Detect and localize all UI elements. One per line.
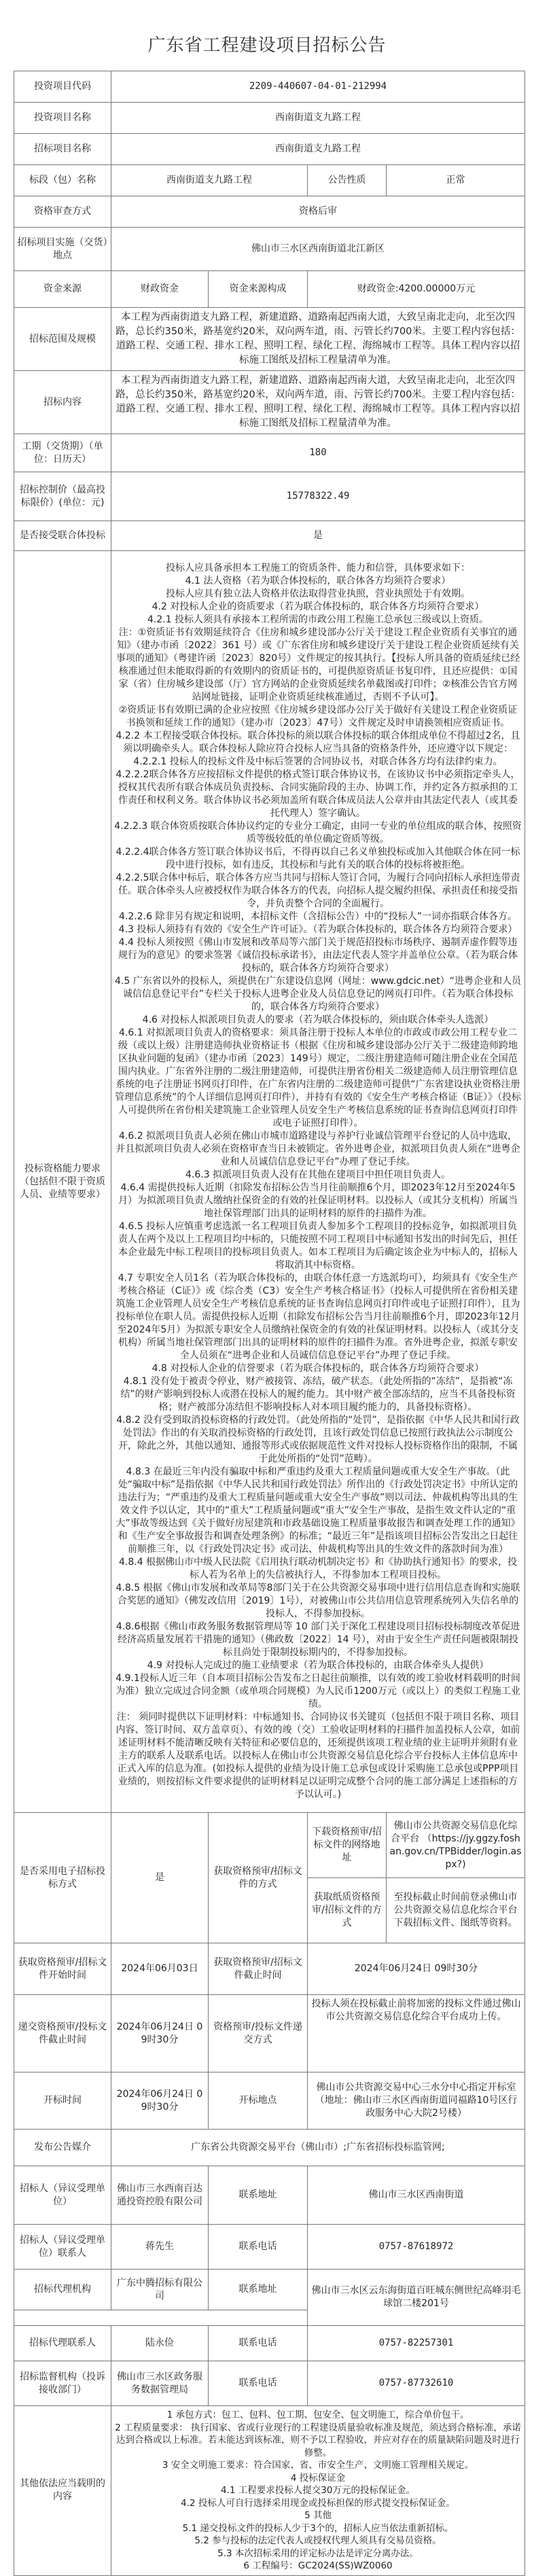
qualification-paragraph: 4.4 投标人须按照《佛山市发展和改革局等六部门关于规范招投标市场秩序、遏制弄虚… [114, 936, 522, 975]
label-control-price: 招标控制价（最高投标限价）(单位：元) [14, 472, 111, 521]
row-agency: 招标代理机构 广东中腾招标有限公司 联系地址 佛山市三水区云东海街道百旺城东侧世… [14, 2270, 525, 2310]
value-other: 1 承包方式：包工、包料、包工期、包安全、包文明施工，综合单价包干。2 工程质量… [111, 2406, 525, 2576]
label-agency: 招标代理机构 [14, 2270, 111, 2310]
label-review-method: 资格审查方式 [14, 196, 111, 228]
qualification-paragraph: 4.8 对投标人企业的信誉要求（若为联合体投标的，联合体各方均须符合要求） [114, 1362, 522, 1375]
row-content: 招标内容 本工程为西南街道支九路工程，新建道路、道路南起西南大道，大致呈南北走向… [14, 371, 525, 434]
qualification-paragraph: 4.8.3 在最近三年内没有骗取中标和严重违约及重大工程质量问题或重大安全生产事… [114, 1466, 522, 1556]
qualification-paragraph: ②资质证书有效期已满的企业应按照《住房城乡建设部办公厅关于做好有关建设工程企业资… [114, 704, 522, 730]
label-other: 其他依法应当载明的内容 [14, 2406, 111, 2576]
value-opening-time: 2024年06月24日 09时30分 [111, 2072, 209, 2130]
value-submit-deadline: 2024年06月24日 09时30分 [111, 1995, 209, 2072]
value-qualification: 投标人应具备承担本工程施工的资质条件、能力和信誉，具体要求如下：4.1 法人资格… [111, 551, 525, 1813]
qualification-paragraph: 4.6.3 拟派项目负责人没有在其他在建项目中担任项目负责人。 [114, 1169, 522, 1182]
label-opening-place: 开标地点 [209, 2072, 308, 2130]
value-electronic: 是 [111, 1813, 209, 1943]
qualification-paragraph: 4.2.2 本工程接受联合体投标。联合体投标的须以联合体投标的联合体组成单位不得… [114, 730, 522, 756]
other-paragraph: 1 承包方式：包工、包料、包工期、包安全、包文明施工，综合单价包干。 [114, 2409, 522, 2422]
other-paragraph: 5.2 参与投标的法定代表人或授权代理人须具有交易员资格。 [114, 2535, 522, 2547]
label-tenderer-phone: 联系电话 [209, 2225, 308, 2270]
label-qualification: 投标资格能力要求（包括但不限于资质人员、业绩等要求） [14, 551, 111, 1813]
value-tenderer-phone: 0757-87618972 [308, 2225, 525, 2270]
value-submit-method: 投标人须在投标截止前将加密的投标文件通过佛山市公共资源交易信息化综合平台成功上传… [308, 1995, 525, 2072]
row-project-code: 投资项目代码 2209-440607-04-01-212994 [14, 71, 525, 103]
qualification-paragraph: 4.2.2.3 联合体资质按联合体协议约定的专业分工确定，由同一专业的单位组成的… [114, 820, 522, 846]
label-download-address: 下载资格预审/招标文件的网络地址 [308, 1813, 387, 1878]
qualification-paragraph: 4.2.1 投标人须具有承接本工程所需的市政公用工程施工总承包三级或以上资质。 [114, 614, 522, 627]
label-supervisor: 招标监督机构（投诉接收部门） [14, 2361, 111, 2406]
value-notice-nature: 正常 [387, 165, 525, 196]
value-supervisor-phone: 0757-87732610 [308, 2361, 525, 2406]
row-electronic: 是否采用电子招标投标方式 是 获取资格预审/招标文件的方式 下载资格预审/招标文… [14, 1813, 525, 1878]
value-agency: 广东中腾招标有限公司 [111, 2270, 209, 2310]
label-obtain-end: 获取资格预审/招标文件截止时间 [209, 1943, 308, 1995]
row-tenderer-contact: 招标人（异议受理单位）联系人 蒋先生 联系电话 0757-87618972 [14, 2225, 525, 2270]
value-location: 佛山市三水区西南街道北江新区 [111, 228, 525, 271]
qualification-paragraph: 4.6 对投标人拟派项目负责人的要求（若为联合体投标的，须由联合体牵头人选派） [114, 1014, 522, 1027]
label-media: 发布公告媒介 [14, 2130, 111, 2166]
row-media: 发布公告媒介 广东省公共资源交易平台（佛山市）;广东省招标投标监管网; [14, 2130, 525, 2166]
row-location: 招标项目实施（交货）地点 佛山市三水区西南街道北江新区 [14, 228, 525, 271]
qualification-paragraph: 4.2.2.4联合体各方签订联合体协议书后，不得再以自己名义单独投标或加入其他联… [114, 846, 522, 872]
row-obtain-time: 获取资格预审/招标文件开始时间 2024年06月03日 获取资格预审/招标文件截… [14, 1943, 525, 1995]
row-funding: 资金来源 财政资金 资金来源构成 财政资金:4200.00000万元 [14, 271, 525, 308]
label-duration: 工期（交货期）（单位：日历天） [14, 434, 111, 472]
label-paper-method: 获取纸质资格预审/招标文件的方式 [308, 1878, 387, 1943]
qualification-paragraph: 4.2.2.6 除非另有规定和说明，本招标文件（含招标公告）中的“投标人”一词亦… [114, 911, 522, 923]
label-tenderer-address: 联系地址 [209, 2166, 308, 2225]
qualification-paragraph: 4.2 对投标人企业的资质要求（若为联合体投标的，联合体各方均须符合要求） [114, 601, 522, 614]
page-title: 广东省工程建设项目招标公告 [0, 0, 534, 71]
qualification-paragraph: 4.3 投标人须持有有效的《安全生产许可证》。（若为联合体投标的，联合体各方均须… [114, 923, 522, 936]
value-media: 广东省公共资源交易平台（佛山市）;广东省招标投标监管网; [111, 2130, 525, 2166]
other-paragraph: 5 其他 [114, 2509, 522, 2522]
other-paragraph: 2 工程质量要求： 执行国家、省或行业现行的工程建设质量验收标准及规范，须达到合… [114, 2422, 522, 2460]
value-funding: 财政资金 [111, 271, 209, 308]
value-scope: 本工程为西南街道支九路工程，新建道路、道路南起西南大道，大致呈南北走向，北至次四… [111, 308, 525, 371]
label-notice-nature: 公告性质 [308, 165, 387, 196]
value-agency-phone: 0757-82257301 [308, 2326, 525, 2361]
value-tenderer: 佛山市三水西南百达通投资控股有限公司 [111, 2166, 209, 2225]
qualification-paragraphs: 投标人应具备承担本工程施工的资质条件、能力和信誉，具体要求如下：4.1 法人资格… [114, 562, 522, 1801]
qualification-paragraph: 4.9 对投标人完成过的施工业绩要求（若为联合体投标的，由联合体牵头人提供） [114, 1659, 522, 1672]
label-submit-method: 资格预审/投标文件递交方式 [209, 1995, 308, 2072]
value-consortium: 是 [111, 521, 525, 551]
row-project-name: 投资项目名称 西南街道支九路工程 [14, 103, 525, 134]
row-consortium: 是否接受联合体投标 是 [14, 521, 525, 551]
other-paragraph: 4 投标保证金 [114, 2472, 522, 2485]
qualification-paragraph: 4.7 专职安全人员1名（若为联合体投标的，由联合体任意一方选派均可），均须具有… [114, 1272, 522, 1362]
value-paper-method: 至投标截止时间前登录佛山市公共资源交易信息化综合平台下载招标文件、图纸等资料。 [387, 1878, 525, 1943]
qualification-paragraph: 4.8.2 没有受到取消投标资格的行政处罚。（此处所指的“处罚”，是指依据《中华… [114, 1414, 522, 1466]
qualification-paragraph: 4.2.2.2联合体各方应按招标文件提供的格式签订联合体协议书，在该协议书中必须… [114, 769, 522, 820]
value-obtain-end: 2024年06月24日 09时30分 [308, 1943, 525, 1995]
value-tenderer-contact: 蒋先生 [111, 2225, 209, 2270]
value-review-method: 资格后审 [111, 196, 525, 228]
qualification-paragraph: 4.6.1 对拟派项目负责人的资格要求：须具备注册于投标人本单位的市政或市政公用… [114, 1027, 522, 1130]
label-section-name: 标段（包）名称 [14, 165, 111, 196]
label-tenderer: 招标人（异议受理单位） [14, 2166, 111, 2225]
row-opening: 开标时间 2024年06月24日 09时30分 开标地点 佛山市公共资源交易中心… [14, 2072, 525, 2130]
qualification-paragraph: 4.2.2.1 投标人的投标文件及中标后签署的合同协议书，对联合体各方均有法律约… [114, 756, 522, 769]
other-paragraphs: 1 承包方式：包工、包料、包工期、包安全、包文明施工，综合单价包干。2 工程质量… [114, 2409, 522, 2573]
label-location: 招标项目实施（交货）地点 [14, 228, 111, 271]
label-project-name: 投资项目名称 [14, 103, 111, 134]
label-agency-contact: 招标代理联系人 [14, 2326, 111, 2361]
value-agency-address: 佛山市三水区云东海街道百旺城东侧世纪高峰羽毛球馆二楼201号 [308, 2270, 525, 2326]
row-scope: 招标范围及规模 本工程为西南街道支九路工程，新建道路、道路南起西南大道，大致呈南… [14, 308, 525, 371]
label-agency-phone: 联系电话 [209, 2326, 308, 2361]
qualification-paragraph: 4.6.4 需提供投标人近期（扣除发布招标公告当月往前顺推6个月，即2023年1… [114, 1182, 522, 1220]
qualification-paragraph: 4.6.2 拟派项目负责人必须在佛山市城市道路建设与养护行业诚信管理平台登记的人… [114, 1130, 522, 1169]
notice-table: 投资项目代码 2209-440607-04-01-212994 投资项目名称 西… [14, 71, 525, 2576]
qualification-paragraph: 4.9.1投标人近三年（自本项目招标公告发布之日起往前顺推，以有效的竣工验收材料… [114, 1672, 522, 1711]
qualification-paragraph: 4.8.5 根据《佛山市发展和改革局等8部门关于在公共资源交易事项中进行信用信息… [114, 1582, 522, 1621]
label-agency-address: 联系地址 [209, 2270, 308, 2310]
row-review-method: 资格审查方式 资格后审 [14, 196, 525, 228]
label-tender-project-name: 招标项目名称 [14, 134, 111, 165]
label-obtain-start: 获取资格预审/招标文件开始时间 [14, 1943, 111, 1995]
value-tender-project-name: 西南街道支九路工程 [111, 134, 525, 165]
qualification-paragraph: 4.5 广东省以外的投标人，须提供在广东建设信息网（网址：www.gdcic.n… [114, 975, 522, 1014]
value-tenderer-address: 佛山市三水区西南街道 [308, 2166, 525, 2225]
value-content: 本工程为西南街道支九路工程，新建道路、道路南起西南大道，大致呈南北走向，北至次四… [111, 371, 525, 434]
value-section-name: 西南街道支九路工程 [111, 165, 308, 196]
value-control-price: 15778322.49 [111, 472, 525, 521]
label-project-code: 投资项目代码 [14, 71, 111, 103]
qualification-paragraph: 4.2.2.5联合体中标后，联合体各方应当共同与招标人签订合同，为履行合同向招标… [114, 872, 522, 911]
label-electronic: 是否采用电子招标投标方式 [14, 1813, 111, 1943]
qualification-paragraph: 4.1 法人资格（若为联合体投标的，联合体各方均须符合要求） [114, 575, 522, 588]
label-tenderer-contact: 招标人（异议受理单位）联系人 [14, 2225, 111, 2270]
qualification-paragraph: 投标人应具备承担本工程施工的资质条件、能力和信誉，具体要求如下： [114, 562, 522, 575]
qualification-paragraph: 4.6.5 投标人应慎重考虑选派一名工程项目负责人参加多个工程项目的投标竞争，如… [114, 1220, 522, 1272]
label-funding-composition: 资金来源构成 [209, 271, 308, 308]
other-paragraph: 4.2 投标人可自行选择采用现金或投标担保的形式提交投标保证金。 [114, 2497, 522, 2510]
label-consortium: 是否接受联合体投标 [14, 521, 111, 551]
other-paragraph: 4.1 工程要求投标人提交30万元的投标保证金。 [114, 2484, 522, 2497]
label-content: 招标内容 [14, 371, 111, 434]
qualification-paragraph: 投标人应具有独立法人资格并依法取得营业执照，营业执照处于有效期。 [114, 588, 522, 601]
qualification-paragraph: 注： 须同时提供以下证明材料：中标通知书、合同协议书关键页（包括但不限于项目名称… [114, 1711, 522, 1801]
other-paragraph: 5.1 递交投标文件的投标人少于3个的，招标人应当依法重新招标。 [114, 2522, 522, 2535]
value-opening-place: 佛山市公共资源交易中心三水分中心指定开标室（地址：佛山市三水区西南街道同福路10… [308, 2072, 525, 2130]
row-control-price: 招标控制价（最高投标限价）(单位：元) 15778322.49 [14, 472, 525, 521]
label-funding: 资金来源 [14, 271, 111, 308]
row-tender-project-name: 招标项目名称 西南街道支九路工程 [14, 134, 525, 165]
other-paragraph: 6 工程编号：GC2024(SS)WZ0060 [114, 2560, 522, 2573]
row-tenderer: 招标人（异议受理单位） 佛山市三水西南百达通投资控股有限公司 联系地址 佛山市三… [14, 2166, 525, 2225]
label-opening-time: 开标时间 [14, 2072, 111, 2130]
gap-cell [14, 2310, 308, 2326]
row-duration: 工期（交货期）（单位：日历天） 180 [14, 434, 525, 472]
qualification-paragraph: 4.8.4 根据佛山市中级人民法院《启用执行联动机制决定书》和《协助执行通知书》… [114, 1556, 522, 1582]
label-scope: 招标范围及规模 [14, 308, 111, 371]
row-qualification: 投标资格能力要求（包括但不限于资质人员、业绩等要求） 投标人应具备承担本工程施工… [14, 551, 525, 1813]
qualification-paragraph: 4.8.6根据《佛山市政务服务数据管理局等 10 部门关于深化工程建设项目招标投… [114, 1621, 522, 1659]
value-duration: 180 [111, 434, 525, 472]
row-submit: 递交资格预审/投标文件截止时间 2024年06月24日 09时30分 资格预审/… [14, 1995, 525, 2072]
value-obtain-start: 2024年06月03日 [111, 1943, 209, 1995]
value-download-address[interactable]: 佛山市公共资源交易信息化综合平台 （https://jy.ggzy.foshan… [387, 1813, 525, 1878]
qualification-paragraph: 注：①资质证书有效期延续符合《住房和城乡建设部办公厅关于建设工程企业资质有关事宜… [114, 627, 522, 704]
value-agency-contact: 陆永俭 [111, 2326, 209, 2361]
value-funding-composition: 财政资金:4200.00000万元 [308, 271, 525, 308]
label-submit-deadline: 递交资格预审/投标文件截止时间 [14, 1995, 111, 2072]
label-supervisor-phone: 联系电话 [209, 2361, 308, 2406]
row-supervisor: 招标监督机构（投诉接收部门） 佛山市三水区政务服务数据管理局 联系电话 0757… [14, 2361, 525, 2406]
qualification-paragraph: 4.8.1 没有处于被责令停业，财产被接管、冻结，破产状态。（此处所指的“冻结”… [114, 1375, 522, 1414]
value-supervisor: 佛山市三水区政务服务数据管理局 [111, 2361, 209, 2406]
row-other: 其他依法应当载明的内容 1 承包方式：包工、包料、包工期、包安全、包文明施工，综… [14, 2406, 525, 2576]
row-section-name: 标段（包）名称 西南街道支九路工程 公告性质 正常 [14, 165, 525, 196]
other-paragraph: 3 安全文明施工要求：符合国家、省、市安全生产、文明施工管理相关规定。 [114, 2459, 522, 2472]
other-paragraph: 5.3 本次招标采用的评定标办法是评定分离办法。 [114, 2547, 522, 2560]
row-agency-contact: 招标代理联系人 陆永俭 联系电话 0757-82257301 [14, 2326, 525, 2361]
value-project-name: 西南街道支九路工程 [111, 103, 525, 134]
label-obtain-method: 获取资格预审/招标文件的方式 [209, 1813, 308, 1943]
value-project-code: 2209-440607-04-01-212994 [111, 71, 525, 103]
